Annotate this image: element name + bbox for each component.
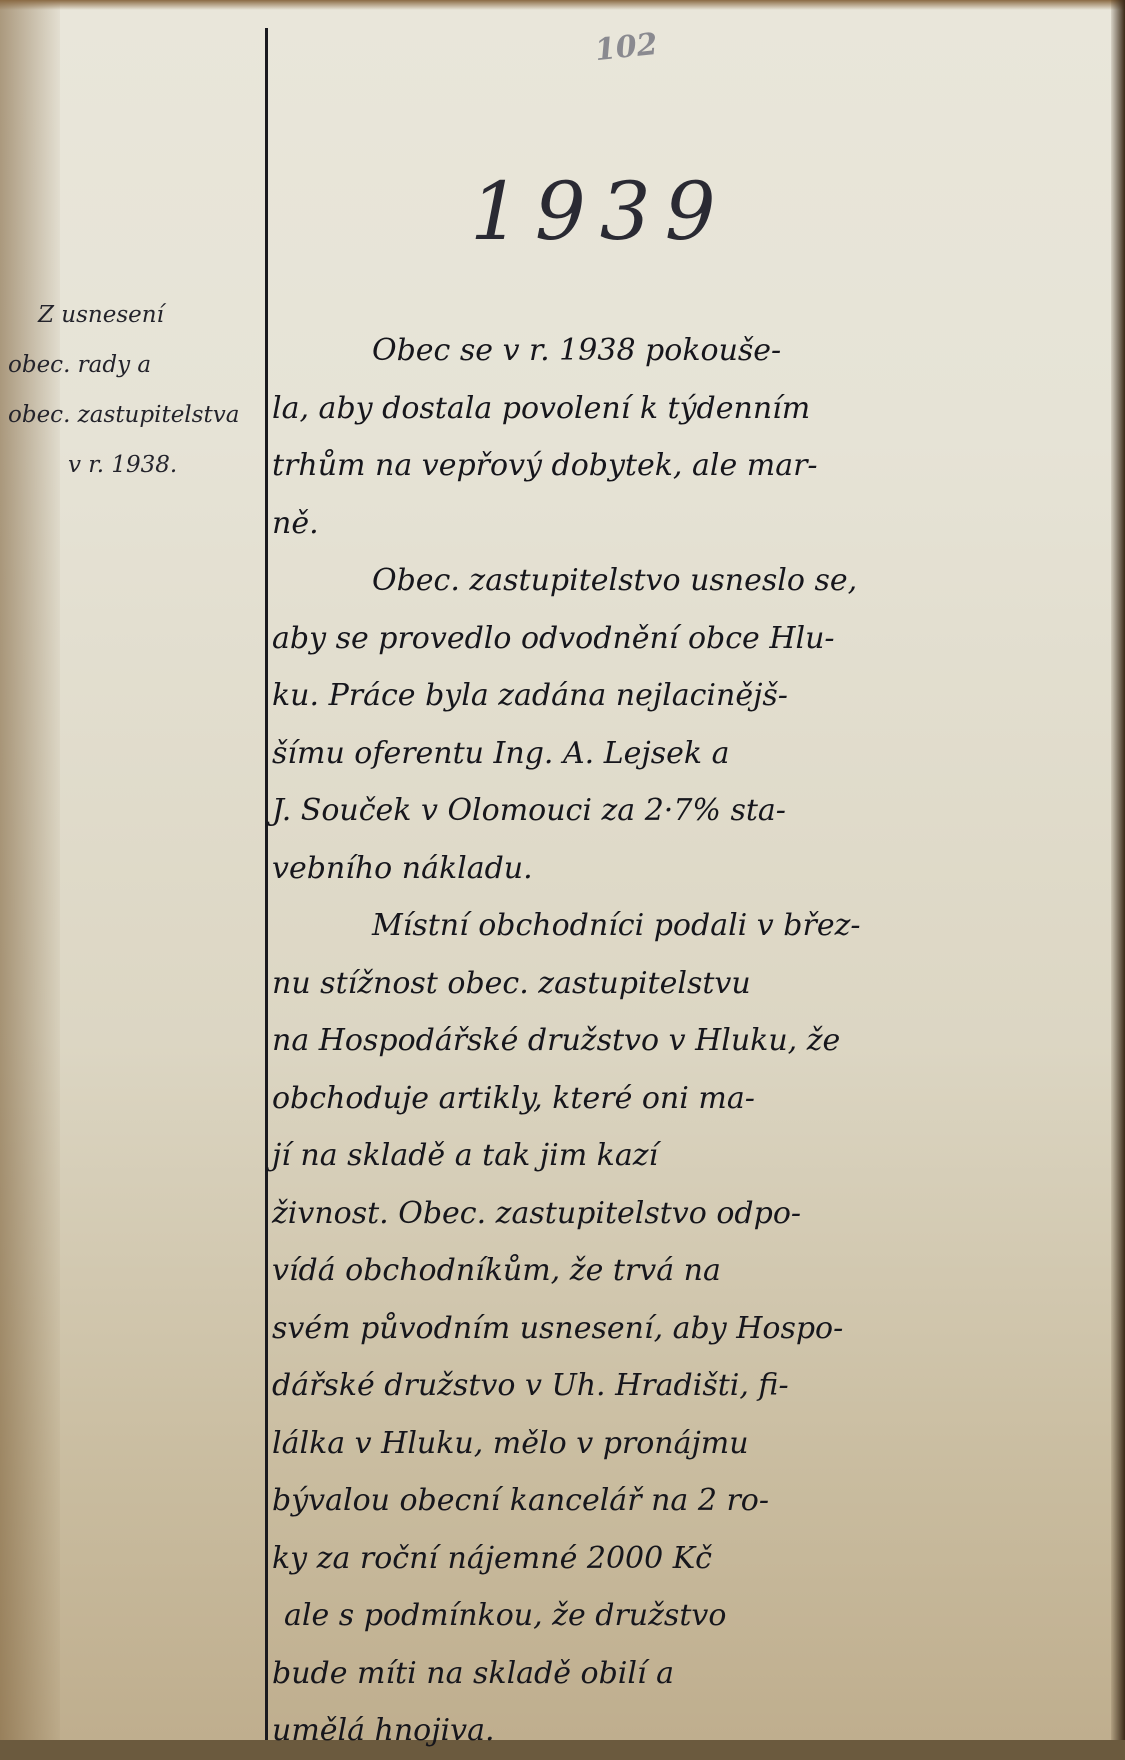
text-line: šímu oferentu Ing. A. Lejsek a bbox=[272, 725, 1092, 783]
page-number: 102 bbox=[593, 27, 659, 68]
text-line: J. Souček v Olomouci za 2·7% sta- bbox=[272, 782, 1092, 840]
year-heading: 1939 bbox=[470, 165, 730, 258]
text-line: ku. Práce byla zadána nejlacinějš- bbox=[272, 667, 1092, 725]
text-line: bude míti na skladě obilí a bbox=[272, 1645, 1092, 1703]
text-line: bývalou obecní kancelář na 2 ro- bbox=[272, 1472, 1092, 1530]
text-line: dářské družstvo v Uh. Hradišti, fi- bbox=[272, 1357, 1092, 1415]
margin-note-line: Z usnesení bbox=[8, 290, 258, 340]
text-line: umělá hnojiva. bbox=[272, 1702, 1092, 1740]
text-line: la, aby dostala povolení k týdenním bbox=[272, 380, 1092, 438]
margin-note-line: obec. zastupitelstva bbox=[8, 390, 258, 440]
text-line: vebního nákladu. bbox=[272, 840, 1092, 898]
text-line: svém původním usnesení, aby Hospo- bbox=[272, 1300, 1092, 1358]
text-line: Obec. zastupitelstvo usneslo se, bbox=[272, 552, 1092, 610]
page-top-edge bbox=[0, 0, 1125, 10]
text-line: ale s podmínkou, že družstvo bbox=[272, 1587, 1092, 1645]
text-line: lálka v Hluku, mělo v pronájmu bbox=[272, 1415, 1092, 1473]
text-line: Místní obchodníci podali v břez- bbox=[272, 897, 1092, 955]
text-line: aby se provedlo odvodnění obce Hlu- bbox=[272, 610, 1092, 668]
margin-rule-line bbox=[265, 28, 268, 1740]
text-line: jí na skladě a tak jim kazí bbox=[272, 1127, 1092, 1185]
chronicle-page: 102 1939 Z usnesení obec. rady a obec. z… bbox=[0, 0, 1125, 1740]
margin-note: Z usnesení obec. rady a obec. zastupitel… bbox=[8, 290, 258, 490]
body-text: Obec se v r. 1938 pokouše- la, aby dosta… bbox=[272, 322, 1092, 1740]
text-line: vídá obchodníkům, že trvá na bbox=[272, 1242, 1092, 1300]
text-line: na Hospodářské družstvo v Hluku, že bbox=[272, 1012, 1092, 1070]
text-line: ky za roční nájemné 2000 Kč bbox=[272, 1530, 1092, 1588]
text-line: živnost. Obec. zastupitelstvo odpo- bbox=[272, 1185, 1092, 1243]
text-line: obchoduje artikly, které oni ma- bbox=[272, 1070, 1092, 1128]
margin-note-line: obec. rady a bbox=[8, 340, 258, 390]
text-line: trhům na vepřový dobytek, ale mar- bbox=[272, 437, 1092, 495]
text-line: ně. bbox=[272, 495, 1092, 553]
text-line: nu stížnost obec. zastupitelstvu bbox=[272, 955, 1092, 1013]
margin-note-line: v r. 1938. bbox=[8, 440, 258, 490]
text-line: Obec se v r. 1938 pokouše- bbox=[272, 322, 1092, 380]
